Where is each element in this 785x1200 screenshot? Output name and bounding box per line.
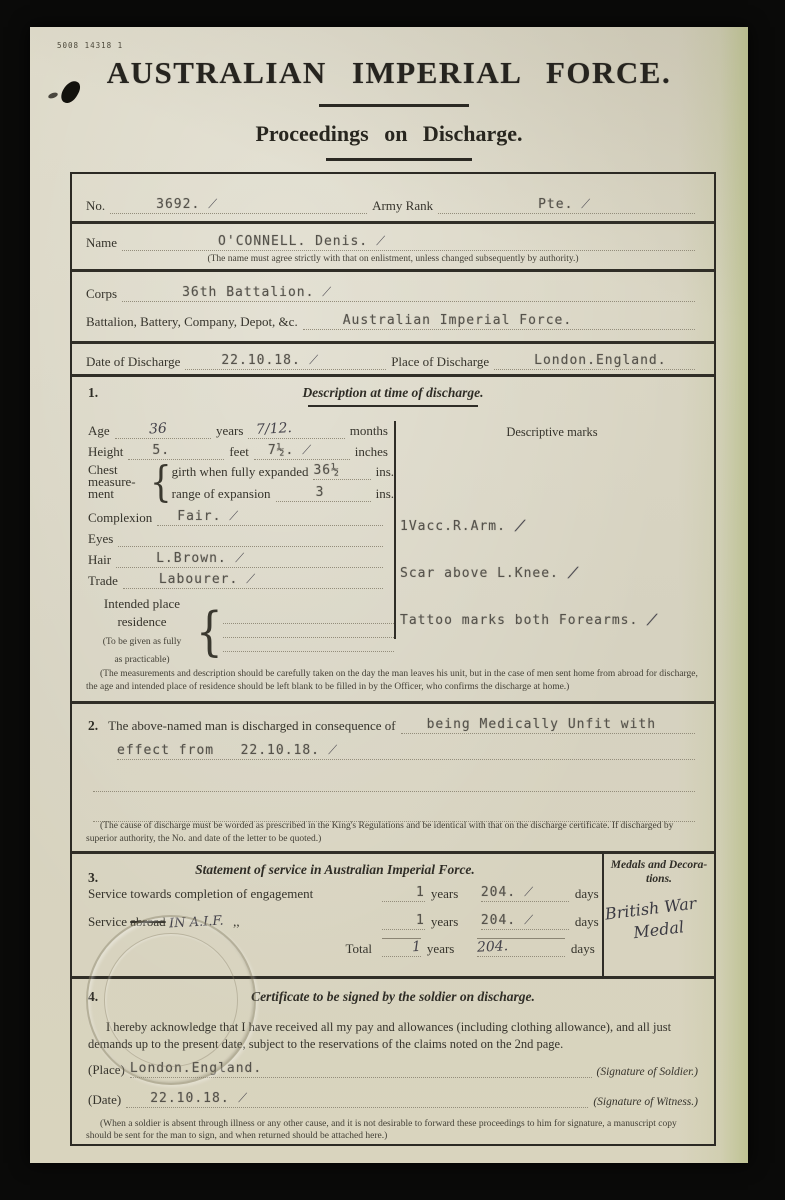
hair-value: L.Brown.: [156, 551, 227, 566]
check-slash: /: [312, 285, 332, 301]
section-2-footnote: (The cause of discharge must be worded a…: [86, 820, 700, 845]
service-abroad-years-line: 1: [382, 912, 425, 930]
soldier-signature-label: (Signature of Soldier.): [597, 1066, 698, 1078]
total-days-line: 204.: [477, 938, 565, 957]
trade-label: Trade: [88, 573, 118, 589]
section-1-description: 1. Description at time of discharge. Age…: [72, 377, 714, 704]
section-1-footnote: (The measurements and description should…: [86, 668, 700, 693]
certificate-body: I hereby acknowledge that I have receive…: [88, 1019, 698, 1053]
service-engagement-years: 1: [416, 885, 425, 900]
girth-line: 36½: [313, 462, 370, 480]
check-slash: /: [197, 197, 217, 213]
row-corps: Corps 36th Battalion./ Battalion, Batter…: [72, 272, 714, 344]
feet-label: feet: [229, 444, 248, 460]
battalion-label: Battalion, Battery, Company, Depot, &c.: [86, 314, 298, 330]
service-prefix: Service: [88, 914, 127, 929]
discharge-place-line: London.England.: [494, 352, 695, 370]
no-field-line: 3692./: [110, 196, 367, 214]
residence-line-2: [223, 624, 394, 638]
chest-label-3: ment: [88, 486, 114, 501]
section-1-heading: Description at time of discharge.: [72, 385, 714, 401]
form-title: AUSTRALIAN IMPERIAL FORCE.: [30, 55, 748, 91]
girth-value: 36½: [313, 463, 339, 478]
total-years: 1: [412, 939, 422, 955]
no-value: 3692.: [156, 197, 200, 212]
medals-heading-2: tions.: [604, 872, 714, 886]
descriptive-marks-lines: 1Vacc.R.Arm./ Scar above L.Knee./ Tattoo…: [400, 488, 708, 659]
section-4-certificate: 4. Certificate to be signed by the soldi…: [72, 979, 714, 1144]
marks-line-1: 1Vacc.R.Arm.: [400, 519, 506, 534]
check-slash: /: [513, 885, 533, 901]
check-slash: /: [291, 443, 311, 459]
discharge-place-value: London.England.: [534, 353, 666, 368]
complexion-label: Complexion: [88, 510, 152, 526]
marks-line-2: Scar above L.Knee.: [400, 566, 559, 581]
medals-panel: Medals and Decora- tions. British War Me…: [602, 854, 714, 976]
section-4-footnote: (When a soldier is absent through illnes…: [86, 1118, 700, 1143]
check-slash: /: [365, 234, 385, 250]
corps-value: 36th Battalion.: [182, 285, 314, 300]
check-slash: /: [570, 197, 590, 213]
battalion-value: Australian Imperial Force.: [343, 313, 573, 328]
no-label: No.: [86, 198, 105, 214]
service-engagement-days: 204.: [481, 885, 516, 900]
check-slash: /: [513, 913, 533, 929]
rank-field-line: Pte./: [438, 196, 695, 214]
total-years-line: 1: [382, 938, 421, 957]
age-months-value: 7/12.: [256, 420, 293, 438]
ink-blot-small: [47, 91, 58, 99]
age-years-line: 36: [115, 421, 211, 439]
section-2-lead: The above-named man is discharged in con…: [108, 718, 395, 734]
date-line: 22.10.18./: [126, 1090, 588, 1108]
service-engagement-years-line: 1: [382, 884, 425, 902]
height-feet-line: 5.: [128, 442, 224, 460]
chest-brace: {: [150, 457, 172, 507]
corps-label: Corps: [86, 286, 117, 302]
cause-value-2: effect from 22.10.18.: [117, 743, 320, 758]
age-label: Age: [88, 423, 110, 439]
section-2-cause: 2. The above-named man is discharged in …: [72, 704, 714, 854]
complexion-line: Fair./: [157, 508, 383, 526]
check-slash: /: [503, 518, 529, 535]
name-value: O'CONNELL. Denis.: [218, 234, 368, 249]
form-serial-number: 5008 14318 1: [57, 41, 123, 50]
inches-label: inches: [355, 444, 388, 460]
residence-note-2: as practicable): [114, 655, 169, 665]
height-feet-value: 5.: [152, 443, 170, 458]
residence-line-3: [223, 638, 394, 652]
service-abroad-label: Service abroad IN A.I.F. ,,: [88, 914, 376, 930]
row-discharge: Date of Discharge 22.10.18./ Place of Di…: [72, 344, 714, 377]
age-months-line: 7/12.: [248, 421, 344, 439]
service-abroad-struck: abroad: [130, 914, 165, 929]
section-2-number: 2.: [88, 718, 98, 734]
row-name: Name O'CONNELL. Denis./ (The name must a…: [72, 224, 714, 272]
date-label: (Date): [88, 1092, 121, 1108]
marks-line-3: Tattoo marks both Forearms.: [400, 613, 638, 628]
service-abroad-years: 1: [416, 913, 425, 928]
residence-brace: {: [196, 600, 223, 661]
age-value: 36: [148, 421, 167, 438]
eyes-line: [118, 529, 383, 547]
expansion-ins-label: ins.: [376, 486, 394, 502]
name-footnote: (The name must agree strictly with that …: [72, 253, 714, 265]
descriptive-marks-heading: Descriptive marks: [396, 421, 708, 440]
girth-ins-label: ins.: [376, 464, 394, 480]
form-body: No. 3692./ Army Rank Pte./ Name O'CONNEL…: [70, 172, 716, 1146]
trade-value: Labourer.: [159, 572, 238, 587]
service-abroad-days: 204.: [481, 913, 516, 928]
section-3-number: 3.: [88, 870, 98, 886]
cause-blank-line-1: [93, 774, 695, 792]
service-engagement-label: Service towards completion of engagement: [88, 886, 376, 902]
discharge-place-label: Place of Discharge: [391, 354, 489, 370]
medals-entry-line-1: British War: [604, 893, 698, 923]
ditto-mark: ,,: [233, 914, 240, 929]
cause-line-1: being Medically Unfit with: [401, 716, 695, 734]
row-number-rank: No. 3692./ Army Rank Pte./: [72, 174, 714, 224]
service-insert-hand: IN A.I.F.: [169, 914, 224, 932]
expansion-label: range of expansion: [172, 486, 271, 502]
service-abroad-days-line: 204./: [481, 912, 569, 930]
hair-label: Hair: [88, 552, 111, 568]
medals-entry: British War Medal: [604, 890, 717, 947]
section-4-heading: Certificate to be signed by the soldier …: [72, 989, 714, 1005]
section-3-service: 3. Statement of service in Australian Im…: [72, 854, 714, 979]
check-slash: /: [556, 565, 582, 582]
witness-signature-label: (Signature of Witness.): [593, 1096, 698, 1108]
section-1-number: 1.: [88, 385, 98, 401]
hair-line: L.Brown./: [116, 550, 383, 568]
trade-line: Labourer./: [123, 571, 383, 589]
discharge-date-line: 22.10.18./: [185, 352, 386, 370]
residence-note: (To be given as fully: [103, 637, 181, 647]
form-subtitle: Proceedings on Discharge.: [30, 121, 748, 147]
height-label: Height: [88, 444, 123, 460]
total-label: Total: [88, 941, 376, 957]
expansion-value: 3: [316, 485, 325, 500]
cause-line-2: effect from 22.10.18./: [117, 742, 695, 760]
section-4-number: 4.: [88, 989, 98, 1005]
name-label: Name: [86, 235, 117, 251]
cause-blank-line-2: [93, 804, 695, 822]
years-label: years: [216, 423, 243, 439]
rank-value: Pte.: [538, 197, 573, 212]
subtitle-rule: [326, 158, 472, 161]
medals-heading: Medals and Decora-: [604, 858, 714, 872]
place-line: London.England.: [130, 1060, 592, 1078]
months-label: months: [350, 423, 388, 439]
place-label: (Place): [88, 1062, 125, 1078]
medals-entry-line-2: Medal: [632, 917, 685, 942]
check-slash: /: [235, 572, 255, 588]
title-rule: [319, 104, 469, 107]
expansion-line: 3: [276, 484, 371, 502]
cause-value-1: being Medically Unfit with: [427, 717, 657, 732]
check-slash: /: [219, 509, 239, 525]
total-days: 204.: [477, 938, 509, 956]
name-field-line: O'CONNELL. Denis./: [122, 233, 695, 251]
residence-line-1: [223, 610, 394, 624]
eyes-label: Eyes: [88, 531, 113, 547]
residence-label-2: residence: [117, 614, 166, 629]
height-inches-value: 7½.: [268, 443, 294, 458]
service-engagement-days-line: 204./: [481, 884, 569, 902]
place-value: London.England.: [130, 1061, 262, 1076]
section-1-heading-rule: [308, 405, 478, 407]
years-label-total: years: [427, 941, 471, 957]
complexion-value: Fair.: [177, 509, 221, 524]
corps-field-line: 36th Battalion./: [122, 284, 695, 302]
battalion-field-line: Australian Imperial Force.: [303, 312, 695, 330]
girth-label: girth when fully expanded: [172, 464, 309, 480]
discharge-date-value: 22.10.18.: [221, 353, 300, 368]
height-inches-line: 7½./: [254, 442, 350, 460]
date-value: 22.10.18.: [150, 1091, 229, 1106]
years-label-row2: years: [431, 914, 475, 930]
residence-label: Intended place: [104, 596, 180, 611]
years-label-row1: years: [431, 886, 475, 902]
section-3-heading: Statement of service in Australian Imper…: [72, 862, 598, 878]
check-slash: /: [635, 612, 661, 629]
army-rank-label: Army Rank: [372, 198, 433, 214]
descriptive-marks-panel: Descriptive marks 1Vacc.R.Arm./ Scar abo…: [394, 421, 708, 639]
discharge-date-label: Date of Discharge: [86, 354, 180, 370]
document-page: 5008 14318 1 AUSTRALIAN IMPERIAL FORCE. …: [30, 27, 748, 1163]
check-slash: /: [317, 743, 337, 759]
